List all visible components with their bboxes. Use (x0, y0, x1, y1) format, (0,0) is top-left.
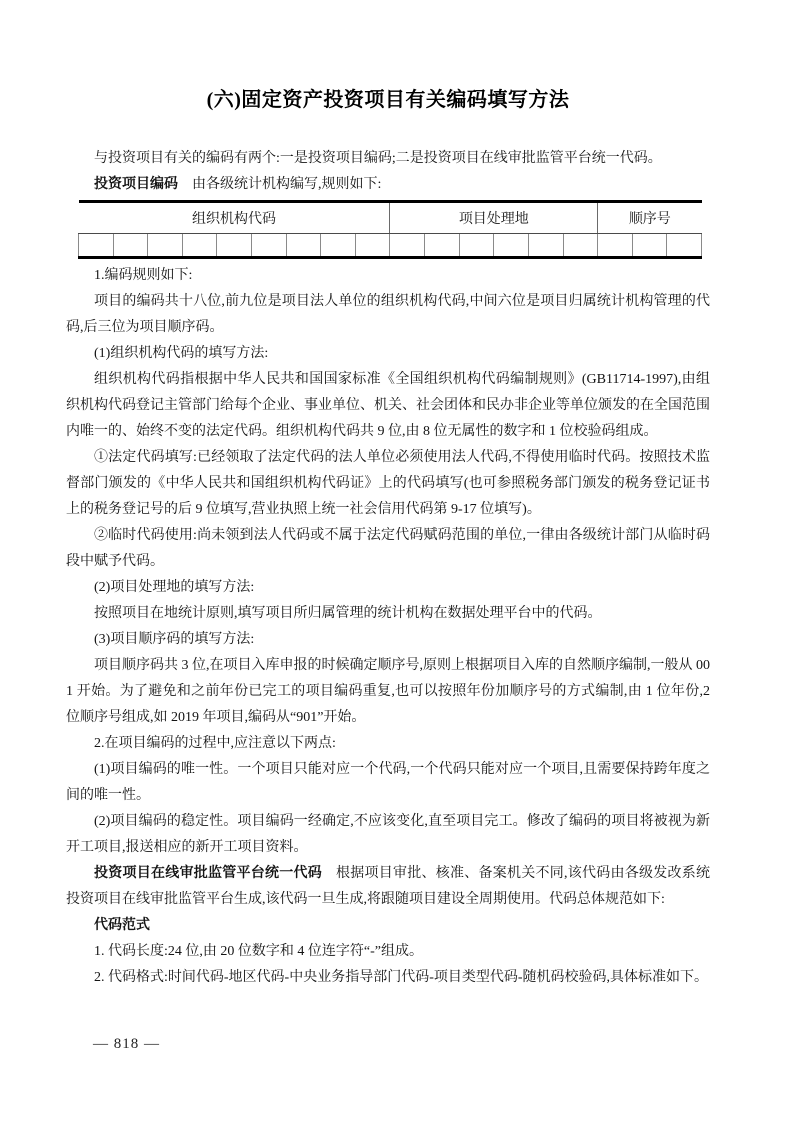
blank-cell (667, 234, 702, 258)
platform-code-lead: 投资项目在线审批监管平台统一代码 (94, 866, 322, 881)
code-structure-table: 组织机构代码 项目处理地 顺序号 (78, 200, 702, 259)
blank-cell (182, 234, 217, 258)
blank-cell (217, 234, 252, 258)
document-page: (六)固定资产投资项目有关编码填写方法 与投资项目有关的编码有两个:一是投资项目… (0, 0, 793, 1122)
blank-cell (459, 234, 494, 258)
blank-cell (286, 234, 321, 258)
paragraph-platform-code: 投资项目在线审批监管平台统一代码根据项目审批、核准、备案机关不同,该代码由各级发… (66, 861, 710, 913)
paragraph-format-heading: 代码范式 (66, 913, 710, 939)
format-heading: 代码范式 (94, 918, 150, 933)
blank-cell (79, 234, 114, 258)
paragraph-rule2-item2: (2)项目编码的稳定性。项目编码一经确定,不应该变化,直至项目完工。修改了编码的… (66, 809, 710, 861)
header-org-code: 组织机构代码 (79, 202, 390, 234)
paragraph-rule1-detail: 项目的编码共十八位,前九位是项目法人单位的组织机构代码,中间六位是项目归属统计机… (66, 289, 710, 341)
header-project-place: 项目处理地 (390, 202, 598, 234)
page-title: (六)固定资产投资项目有关编码填写方法 (66, 86, 710, 114)
paragraph-format-item1: 1. 代码长度:24 位,由 20 位数字和 4 位连字符“-”组成。 (66, 939, 710, 965)
blank-cell (321, 234, 356, 258)
blank-cell (632, 234, 667, 258)
paragraph-intro: 与投资项目有关的编码有两个:一是投资项目编码;二是投资项目在线审批监管平台统一代… (66, 146, 710, 172)
table-header-row: 组织机构代码 项目处理地 顺序号 (79, 202, 702, 234)
paragraph-sec2-title: (2)项目处理地的填写方法: (66, 575, 710, 601)
paragraph-sec2-detail: 按照项目在地统计原则,填写项目所归属管理的统计机构在数据处理平台中的代码。 (66, 601, 710, 627)
paragraph-sec1-detail: 组织机构代码指根据中华人民共和国国家标准《全国组织机构代码编制规则》(GB117… (66, 367, 710, 445)
paragraph-sec3-title: (3)项目顺序码的填写方法: (66, 627, 710, 653)
project-code-lead: 投资项目编码 (94, 177, 178, 192)
paragraph-rule2: 2.在项目编码的过程中,应注意以下两点: (66, 731, 710, 757)
paragraph-format-item2: 2. 代码格式:时间代码-地区代码-中央业务指导部门代码-项目类型代码-随机码校… (66, 965, 710, 991)
blank-cell (355, 234, 390, 258)
paragraph-rule2-item1: (1)项目编码的唯一性。一个项目只能对应一个代码,一个代码只能对应一个项目,且需… (66, 757, 710, 809)
blank-cell (252, 234, 287, 258)
blank-cell (528, 234, 563, 258)
blank-cell (563, 234, 598, 258)
blank-cell (390, 234, 425, 258)
paragraph-rule1: 1.编码规则如下: (66, 263, 710, 289)
paragraph-project-code: 投资项目编码由各级统计机构编写,规则如下: (66, 172, 710, 198)
blank-cell (598, 234, 633, 258)
header-sequence-no: 顺序号 (598, 202, 702, 234)
project-code-rest: 由各级统计机构编写,规则如下: (192, 177, 381, 192)
paragraph-sec3-detail: 项目顺序码共 3 位,在项目入库申报的时候确定顺序号,原则上根据项目入库的自然顺… (66, 653, 710, 731)
blank-cell (494, 234, 529, 258)
paragraph-sec1-item2: ②临时代码使用:尚未领到法人代码或不属于法定代码赋码范围的单位,一律由各级统计部… (66, 523, 710, 575)
blank-cell (113, 234, 148, 258)
paragraph-sec1-item1: ①法定代码填写:已经领取了法定代码的法人单位必须使用法人代码,不得使用临时代码。… (66, 445, 710, 523)
blank-cell (148, 234, 183, 258)
paragraph-sec1-title: (1)组织机构代码的填写方法: (66, 341, 710, 367)
page-number: — 818 — (93, 1036, 160, 1053)
table-blank-cells-row (79, 234, 702, 258)
blank-cell (425, 234, 460, 258)
